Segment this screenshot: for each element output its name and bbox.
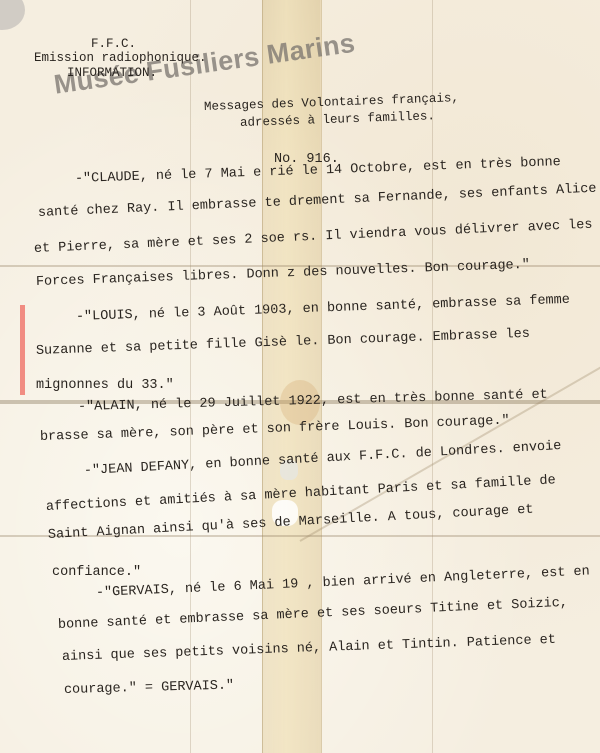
header-subtitle: Emission radiophonique. bbox=[34, 51, 207, 65]
red-pencil-mark bbox=[20, 305, 25, 395]
body-line: mignonnes du 33." bbox=[36, 378, 174, 393]
header-org: F.F.C. bbox=[91, 37, 136, 51]
header-section: INFORMATION. bbox=[67, 66, 157, 80]
body-line: confiance." bbox=[52, 565, 141, 580]
vertical-fold bbox=[190, 0, 191, 753]
